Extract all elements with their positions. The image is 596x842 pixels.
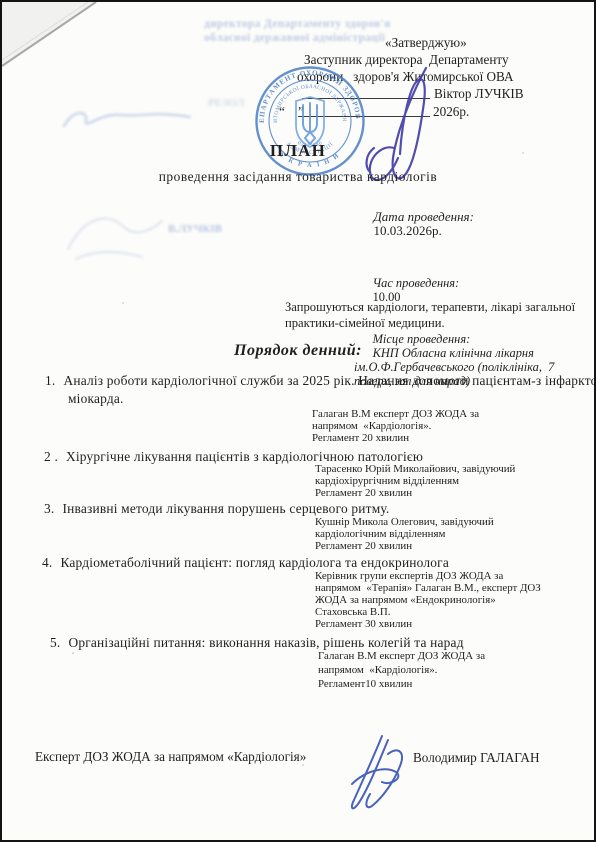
- item-title: Організаційні питання: виконання наказів…: [68, 635, 463, 650]
- speaker-line: Галаган В.М експерт ДОЗ ЖОДА за: [318, 650, 573, 664]
- page-fold-corner: [2, 2, 102, 72]
- bleed-through-fragment: РЕЗОЛ: [208, 97, 244, 109]
- agenda-item-3-speaker: Кушнір Микола Олегович, завідуючий карді…: [315, 516, 570, 552]
- bleed-through-scribble: [62, 205, 172, 265]
- agenda-item-1-speaker: Галаган В.М експерт ДОЗ ЖОДА за напрямом…: [312, 408, 567, 444]
- item-title: Аналіз роботи кардіологічної служби за 2…: [63, 373, 596, 406]
- time-label: Час проведення:: [373, 276, 460, 290]
- item-title: Кардіометаболічний пацієнт: погляд карді…: [60, 555, 449, 570]
- bleed-through-signature: [58, 102, 198, 136]
- item-number: 4.: [42, 555, 52, 570]
- page-title: ПЛАН: [2, 141, 594, 161]
- agenda-item-5: 5.Організаційні питання: виконання наказ…: [50, 634, 596, 652]
- item-number: 5.: [50, 635, 60, 650]
- item-title: Хірургічне лікування пацієнтів з кардіол…: [66, 449, 423, 464]
- approver-name: Віктор ЛУЧКІВ: [434, 86, 524, 102]
- speaker-line: напрямом «Терапія» Галаган В.М., експерт…: [315, 582, 573, 594]
- date-value: 10.03.2026р.: [374, 223, 442, 238]
- item-number: 1.: [45, 373, 55, 388]
- agenda-item-2-speaker: Тарасенко Юрій Миколайович, завідуючий к…: [315, 463, 570, 499]
- invitation-text: Запрошуються кардіологи, терапевти, ліка…: [285, 299, 587, 331]
- bleed-through-header: директора Департаменту здоров'я обласної…: [204, 17, 391, 45]
- footer-role: Експерт ДОЗ ЖОДА за напрямом «Кардіологі…: [35, 749, 306, 765]
- speaker-line: напрямом «Кардіологія».: [312, 420, 567, 432]
- item-title: Інвазивні методи лікування порушень серц…: [62, 501, 389, 516]
- page-subtitle: проведення засідання товариства кардіоло…: [2, 169, 594, 185]
- document-page: директора Департаменту здоров'я обласної…: [0, 0, 596, 842]
- date-label: Дата проведення:: [374, 209, 474, 224]
- speaker-line: Регламент 20 хвилин: [312, 432, 567, 444]
- agenda-item-3: 3.Інвазивні методи лікування порушень се…: [44, 500, 596, 518]
- expert-signature: [338, 726, 416, 814]
- agenda-item-4: 4.Кардіометаболічний пацієнт: погляд кар…: [42, 554, 596, 572]
- speaker-line: ЖОДА за напрямом «Ендокринологія»: [315, 594, 573, 606]
- approval-word: «Затверджую»: [385, 35, 467, 51]
- speaker-line: Регламент10 хвилин: [318, 678, 573, 692]
- speaker-line: Регламент 20 хвилин: [315, 487, 570, 499]
- agenda-heading: Порядок денний:: [2, 342, 594, 360]
- speaker-line: Галаган В.М експерт ДОЗ ЖОДА за: [312, 408, 567, 420]
- speaker-line: Регламент 20 хвилин: [315, 540, 570, 552]
- item-number: 2 .: [44, 449, 58, 464]
- footer-name: Володимир ГАЛАГАН: [413, 750, 539, 766]
- bleed-through-name: В.ЛУЧКІВ: [168, 223, 222, 235]
- speaker-line: Керівник групи експертів ДОЗ ЖОДА за: [315, 570, 573, 582]
- speaker-line: кардіохірургічним відділенням: [315, 475, 570, 487]
- speaker-line: напрямом «Кардіологія».: [318, 664, 573, 678]
- speaker-line: кардіологічним відділенням: [315, 528, 570, 540]
- agenda-item-1: 1.Аналіз роботи кардіологічної служби за…: [45, 372, 596, 407]
- agenda-item-4-speaker: Керівник групи експертів ДОЗ ЖОДА за нап…: [315, 570, 573, 630]
- meeting-date: Дата проведення: 10.03.2026р.: [354, 196, 574, 252]
- trident-emblem-icon: [296, 97, 324, 147]
- ghost-line: обласної державної адміністрації: [204, 31, 391, 45]
- ghost-line: директора Департаменту здоров'я: [204, 17, 391, 31]
- speaker-line: Тарасенко Юрій Миколайович, завідуючий: [315, 463, 570, 475]
- speaker-line: Регламент 30 хвилин: [315, 618, 573, 630]
- speaker-line: Стаховська В.П.: [315, 606, 573, 618]
- speaker-line: Кушнір Микола Олегович, завідуючий: [315, 516, 570, 528]
- item-number: 3.: [44, 501, 54, 516]
- agenda-item-5-speaker: Галаган В.М експерт ДОЗ ЖОДА за напрямом…: [318, 650, 573, 691]
